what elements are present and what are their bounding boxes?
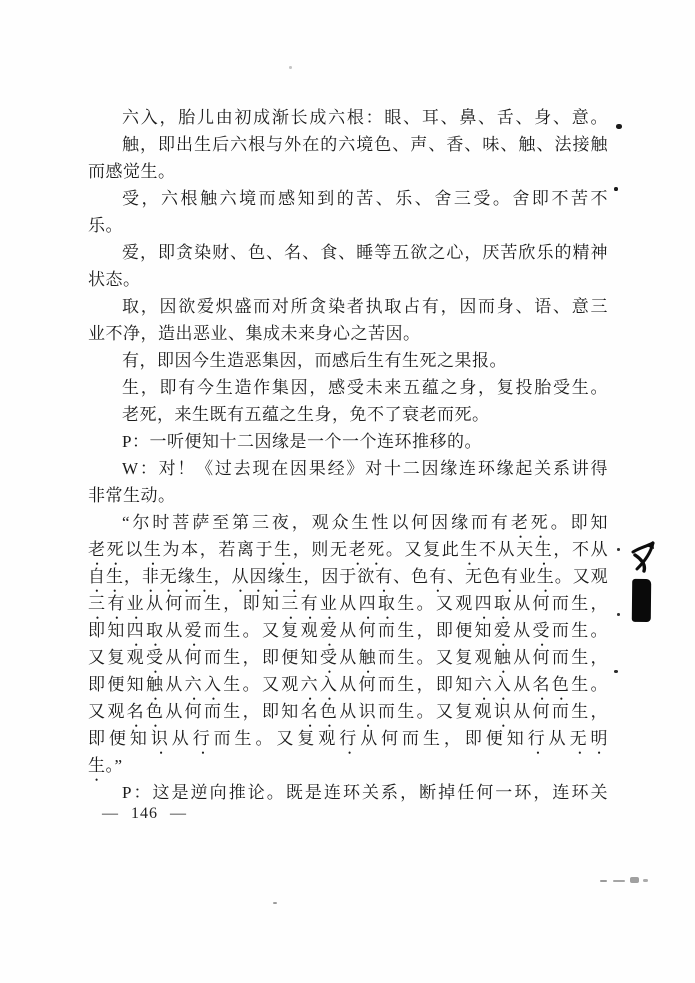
emphasized-text: 行 — [339, 729, 360, 748]
ink-speck — [617, 613, 620, 616]
text-line: 有，即因今生造恶集因，而感后生有生死之果报。 — [88, 347, 608, 374]
emphasized-text: 识 — [359, 702, 378, 721]
text-line: 取，因欲爱炽盛而对所贪染者执取占有，因而身、语、意三 — [88, 293, 608, 320]
emphasized-text: 受 — [320, 648, 339, 667]
emphasized-text: 四取 — [359, 594, 398, 613]
emphasized-text: 触 — [359, 648, 378, 667]
emphasized-text: 识 — [151, 729, 172, 748]
text-line: 三有业从何而生，即知三有业从四取生。又观四取从何而生， — [88, 590, 608, 617]
emphasized-text: 受 — [533, 621, 552, 640]
ink-speck — [617, 548, 620, 551]
emphasized-text: 爱 — [185, 621, 204, 640]
text-line: P：一听便知十二因缘是一个一个连环推移的。 — [88, 428, 608, 455]
emphasized-text: 爱 — [320, 621, 339, 640]
emphasized-text: 六入 — [475, 675, 514, 694]
emphasized-text: 生 — [535, 540, 554, 559]
emphasized-text: 有 — [501, 567, 519, 586]
emphasized-text: 六入 — [185, 675, 224, 694]
emphasized-text: 三有业 — [281, 594, 339, 613]
text-line: 又复观受从何而生，即便知受从触而生。又复观触从何而生， — [88, 644, 608, 671]
smudge-mark — [613, 880, 625, 882]
emphasized-text: 生 — [274, 540, 293, 559]
emphasized-text: 行 — [193, 729, 214, 748]
emphasized-text: 名色 — [301, 702, 340, 721]
emphasized-text: 非无缘生 — [142, 567, 214, 586]
text-line: 乐。 — [88, 212, 608, 239]
text-line: 即便知触从六入生。又观六入从何而生，即知六入从名色生。 — [88, 671, 608, 698]
emphasized-text: 有 — [375, 567, 393, 586]
ink-speck — [273, 902, 277, 904]
text-line: 非常生动。 — [88, 482, 608, 509]
text-line: P：这是逆向推论。既是连环关系，断掉任何一环，连环关 — [88, 779, 608, 806]
emphasized-text: 有 — [429, 567, 447, 586]
text-line: W：对！《过去现在因果经》对十二因缘连环缘起关系讲得 — [88, 455, 608, 482]
emphasized-text: 四取 — [475, 594, 514, 613]
text-line: 生，即有今生造作集因，感受未来五蕴之身，复投胎受生。 — [88, 374, 608, 401]
text-line: 业不净，造出恶业、集成未来身心之苦因。 — [88, 320, 608, 347]
emphasized-text: 生 — [460, 540, 479, 559]
text-line: 即便知识从行而生。又复观行从何而生，即便知行从无明 — [88, 725, 608, 752]
text-line: 生。” — [88, 752, 608, 779]
ink-scribble — [629, 540, 657, 576]
smudge-mark — [630, 877, 639, 883]
text-line: 爱，即贪染财、色、名、食、睡等五欲之心，厌苦欣乐的精神 — [88, 239, 608, 266]
text-line: 触，即出生后六根与外在的六境色、声、香、味、触、法接触 — [88, 131, 608, 158]
ink-speck — [616, 124, 622, 129]
emphasized-text: 四取 — [127, 621, 166, 640]
emphasized-text: 自生 — [88, 567, 124, 586]
text-line: 老死，来生既有五蕴之生身，免不了衰老而死。 — [88, 401, 608, 428]
book-page: 六入，胎儿由初成渐长成六根：眼、耳、鼻、舌、身、意。触，即出生后六根与外在的六境… — [0, 0, 695, 983]
ink-speck — [614, 187, 618, 191]
text-line: 自生，非无缘生，从因缘生，因于欲有、色有、无色有业生。又观 — [88, 563, 608, 590]
ink-speck — [289, 66, 292, 69]
text-line: 六入，胎儿由初成渐长成六根：眼、耳、鼻、舌、身、意。 — [88, 104, 608, 131]
emphasized-text: 老死 — [511, 513, 551, 532]
emphasized-text: 生 — [88, 756, 106, 775]
emphasized-text: 老死 — [349, 540, 386, 559]
emphasized-text: 触 — [146, 675, 165, 694]
emphasized-text: 受 — [146, 648, 165, 667]
emphasized-text: 无明 — [570, 729, 608, 748]
page-number: — 146 — — [102, 805, 187, 823]
emphasized-text: 识 — [494, 702, 513, 721]
emphasized-text: 生 — [144, 540, 163, 559]
text-line: 而感觉生。 — [88, 158, 608, 185]
emphasized-text: 爱 — [494, 621, 513, 640]
text-line: 受，六根触六境而感知到的苦、乐、舍三受。舍即不苦不 — [88, 185, 608, 212]
emphasized-text: 名色 — [127, 702, 166, 721]
ink-speck — [614, 670, 618, 673]
text-line: 又观名色从何而生，即知名色从识而生。又复观识从何而生， — [88, 698, 608, 725]
text-line: 状态。 — [88, 266, 608, 293]
emphasized-text: 老死 — [88, 540, 125, 559]
emphasized-text: 行 — [528, 729, 549, 748]
emphasized-text: 生 — [537, 567, 555, 586]
text-line: 老死以生为本，若离于生，则无老死。又复此生不从天生，不从 — [88, 536, 608, 563]
emphasized-text: 名色 — [533, 675, 572, 694]
page-text: 六入，胎儿由初成渐长成六根：眼、耳、鼻、舌、身、意。触，即出生后六根与外在的六境… — [88, 104, 608, 806]
emphasized-text: 从因缘生 — [232, 567, 304, 586]
emphasized-text: 六入 — [301, 675, 340, 694]
ink-blot — [632, 579, 651, 622]
emphasized-text: 触 — [494, 648, 513, 667]
smudge-mark — [643, 879, 648, 882]
text-line: “尔时菩萨至第三夜，观众生性以何因缘而有老死。即知 — [88, 509, 608, 536]
text-line: 即知四取从爱而生。又复观爱从何而生，即便知爱从受而生。 — [88, 617, 608, 644]
emphasized-text: 三有业 — [88, 594, 146, 613]
smudge-mark — [600, 880, 607, 882]
